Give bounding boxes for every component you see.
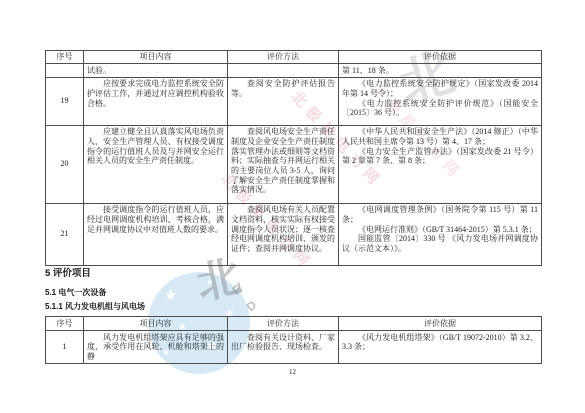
evaluation-table-wind-turbine: 序号项目内容评价方法评价依据 1风力发电机组塔架应具有足够的强度，承受作用在风轮… — [45, 316, 542, 364]
watermark-letter-d: D — [244, 298, 260, 314]
table-row: 20应建立健全且认真落实风电场负责人、安全生产管理人员、有权接受调度指令的运行值… — [46, 125, 542, 203]
star-icon: ★ — [206, 278, 214, 288]
section-heading-5-1: 5.1 电气一次设备 — [45, 287, 106, 298]
table-row: 21接受调度指令的运行值班人员，应经过电网调度机构培训、考核合格，满足并网调度协… — [46, 203, 542, 265]
cell-basis: 《电网调度管理条例》（国务院令第 115 号）第 11 条；《电网运行准则》（G… — [339, 203, 542, 265]
cell-method — [228, 64, 339, 78]
row-number: 1 — [46, 331, 84, 364]
row-number — [46, 64, 84, 78]
column-header: 评价方法 — [228, 51, 339, 64]
row-number: 19 — [46, 77, 84, 125]
cell-basis: 第 11、18 条。 — [339, 64, 542, 78]
table-row: 试验。第 11、18 条。 — [46, 64, 542, 78]
cell-content: 应建立健全且认真落实风电场负责人、安全生产管理人员、有权接受调度指令的运行值班人… — [84, 125, 228, 203]
document-page: ★ ★ ★ ★ ★ ★ 北 北 F D 北极星电力网 北极星电力网 北极星电力网… — [0, 0, 585, 413]
cell-method: 查阅风电场安全生产责任制度及企业安全生产责任制度落实管理办法或细则等文档资料；实… — [228, 125, 339, 203]
row-number: 21 — [46, 203, 84, 265]
paragraph: 《电力监控系统安全防护规定》（国家发改委 2014 年第 14 号令）； — [342, 79, 538, 98]
row-number: 20 — [46, 125, 84, 203]
paragraph: 试验。 — [87, 66, 224, 76]
section-heading-5-1-1: 5.1.1 风力发电机组与风电场 — [45, 301, 145, 312]
paragraph: 应建立健全且认真落实风电场负责人、安全生产管理人员、有权接受调度指令的运行值班人… — [87, 127, 224, 166]
section-heading-5: 5 评价项目 — [45, 265, 91, 279]
paragraph: 《电网运行准则》（GB/T 31464-2015）第 5.3.1 条； — [342, 225, 538, 235]
cell-method: 查阅安全防护评估报告等。 — [228, 77, 339, 125]
paragraph: 查阅有关设计资料、厂家出厂检验报告、现场检查。 — [231, 333, 335, 352]
paragraph: 第 11、18 条。 — [342, 66, 538, 76]
watermark-letter-f: F — [229, 282, 244, 297]
page-number: 12 — [0, 368, 585, 376]
paragraph: 查阅风电场有关人员配置文档资料，核实实际有权接受调度指令人员状况；逐一核查经电网… — [231, 205, 335, 254]
paragraph: 《电力安全生产监管办法》（国家发改委 21 号令）第 2 章第 7 条、第 8 … — [342, 147, 538, 166]
paragraph: 《电力监控系统安全防护评价规范》（国能安全〔2015〕36 号）。 — [342, 99, 538, 118]
table-row: 1风力发电机组塔架应具有足够的强度，承受作用在风轮、机舱和塔架上的静查阅有关设计… — [46, 331, 542, 364]
paragraph: 风力发电机组塔架应具有足够的强度，承受作用在风轮、机舱和塔架上的静 — [87, 333, 224, 362]
cell-basis: 《风力发电机组塔架》（GB/T 19072-2010）第 3.2、3.3 条； — [339, 331, 542, 364]
paragraph: 查阅风电场安全生产责任制度及企业安全生产责任制度落实管理办法或细则等文档资料；实… — [231, 127, 335, 195]
column-header: 序号 — [46, 51, 84, 64]
paragraph: 《中华人民共和国安全生产法》（2014 修正）（中华人民共和国主席令第 13 号… — [342, 127, 538, 146]
column-header: 项目内容 — [84, 51, 228, 64]
paragraph: 国能监管〔2014〕330 号 《风力发电场并网调度协议（示范文本）》。 — [342, 234, 538, 253]
column-header: 评价依据 — [339, 317, 542, 331]
cell-content: 应按要求完成电力监控系统安全防护评估工作，并通过对应调控机构验收合格。 — [84, 77, 228, 125]
evaluation-table-items-19-21: 序号项目内容评价方法评价依据 试验。第 11、18 条。19应按要求完成电力监控… — [45, 50, 542, 266]
table-header-row: 序号项目内容评价方法评价依据 — [46, 317, 542, 331]
table-row: 19应按要求完成电力监控系统安全防护评估工作，并通过对应调控机构验收合格。查阅安… — [46, 77, 542, 125]
cell-content: 试验。 — [84, 64, 228, 78]
table-header-row: 序号项目内容评价方法评价依据 — [46, 51, 542, 64]
column-header: 序号 — [46, 317, 84, 331]
cell-basis: 《电力监控系统安全防护规定》（国家发改委 2014 年第 14 号令）；《电力监… — [339, 77, 542, 125]
paragraph: 查阅安全防护评估报告等。 — [231, 79, 335, 98]
cell-content: 风力发电机组塔架应具有足够的强度，承受作用在风轮、机舱和塔架上的静 — [84, 331, 228, 364]
column-header: 评价方法 — [228, 317, 339, 331]
paragraph: 《风力发电机组塔架》（GB/T 19072-2010）第 3.2、3.3 条； — [342, 333, 538, 352]
paragraph: 接受调度指令的运行值班人员，应经过电网调度机构培训、考核合格，满足并网调度协议中… — [87, 205, 224, 234]
cell-content: 接受调度指令的运行值班人员，应经过电网调度机构培训、考核合格，满足并网调度协议中… — [84, 203, 228, 265]
star-icon: ★ — [164, 286, 177, 304]
paragraph: 应按要求完成电力监控系统安全防护评估工作，并通过对应调控机构验收合格。 — [87, 79, 224, 108]
column-header: 项目内容 — [84, 317, 228, 331]
paragraph: 《电网调度管理条例》（国务院令第 115 号）第 11 条； — [342, 205, 538, 224]
cell-method: 查阅风电场有关人员配置文档资料，核实实际有权接受调度指令人员状况；逐一核查经电网… — [228, 203, 339, 265]
column-header: 评价依据 — [339, 51, 542, 64]
cell-basis: 《中华人民共和国安全生产法》（2014 修正）（中华人民共和国主席令第 13 号… — [339, 125, 542, 203]
cell-method: 查阅有关设计资料、厂家出厂检验报告、现场检查。 — [228, 331, 339, 364]
